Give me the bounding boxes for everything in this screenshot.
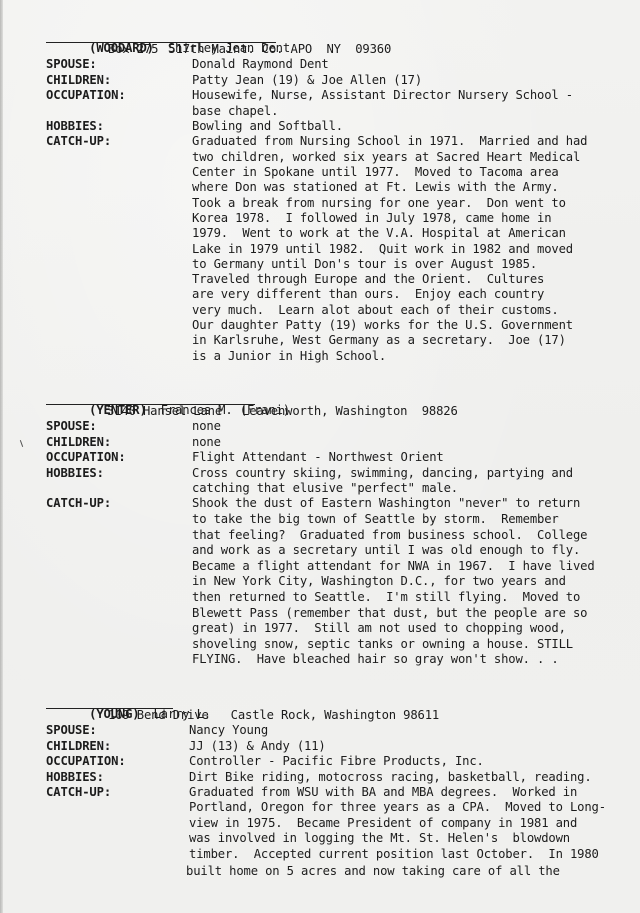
catchup-line: Center in Spokane until 1977. Moved to T…	[192, 165, 626, 180]
catchup-line: Our daughter Patty (19) works for the U.…	[192, 318, 626, 333]
occupation-line: Flight Attendant - Northwest Orient	[192, 450, 626, 465]
field-label-hobbies: HOBBIES:	[46, 770, 189, 785]
catchup-line: in Karlsruhe, West Germany as a secretar…	[192, 333, 626, 348]
field-occupation: OCCUPATION: Housewife, Nurse, Assistant …	[46, 88, 626, 119]
field-occupation: OCCUPATION: Controller - Pacific Fibre P…	[46, 754, 626, 769]
full-name: Frances M. (Frani)	[161, 403, 290, 418]
catchup-line: view in 1975. Became President of compan…	[189, 816, 626, 831]
field-label-hobbies: HOBBIES:	[46, 466, 192, 497]
scanned-page: (WOODARD)Shirley Jean Dent Box 275517th …	[0, 0, 640, 913]
catchup-line: FLYING. Have bleached hair so gray won't…	[192, 652, 626, 668]
catchup-line: Portland, Oregon for three years as a CP…	[189, 800, 626, 815]
catchup-line: Graduated from Nursing School in 1971. M…	[192, 134, 626, 149]
field-spouse: SPOUSE: none	[46, 419, 626, 434]
maiden-surname: (YENTER)	[89, 403, 147, 418]
catchup-line: where Don was stationed at Ft. Lewis wit…	[192, 180, 626, 195]
field-children: CHILDREN: JJ (13) & Andy (11)	[46, 739, 626, 754]
catchup-line: in New York City, Washington D.C., for t…	[192, 574, 626, 590]
catchup-line: then returned to Seattle. I'm still flyi…	[192, 590, 626, 606]
directory-entry-yenter: (YENTER)Frances M. (Frani) 3140 Hansel L…	[46, 388, 626, 668]
catchup-line: Traveled through Europe and the Orient. …	[192, 272, 626, 287]
field-hobbies: HOBBIES: Bowling and Softball.	[46, 119, 626, 134]
entry-header: (YOUNG)Larry L.	[46, 692, 626, 708]
catchup-line: Became a flight attendant for NWA in 196…	[192, 559, 626, 575]
header-underline	[46, 42, 276, 43]
field-children: CHILDREN: Patty Jean (19) & Joe Allen (1…	[46, 73, 626, 88]
catchup-line: and work as a secretary until I was old …	[192, 543, 626, 559]
header-underline	[46, 404, 255, 405]
header-underline	[46, 708, 173, 709]
field-spouse: SPOUSE: Donald Raymond Dent	[46, 57, 626, 72]
full-name: Shirley Jean Dent	[168, 41, 290, 56]
catchup-text: Shook the dust of Eastern Washington "ne…	[192, 496, 626, 668]
entry-header: (WOODARD)Shirley Jean Dent	[46, 26, 626, 42]
occupation-line: Housewife, Nurse, Assistant Director Nur…	[192, 88, 626, 103]
hobbies-line: Bowling and Softball.	[192, 119, 626, 134]
stray-pen-mark	[20, 440, 23, 447]
hobbies-line: catching that elusive "perfect" male.	[192, 481, 626, 496]
directory-entry-young: (YOUNG)Larry L. 109 Bend DriveCastle Roc…	[46, 692, 626, 879]
field-children: CHILDREN: none	[46, 435, 626, 450]
catchup-line: great) in 1977. Still am not used to cho…	[192, 621, 626, 637]
occupation-line: base chapel.	[192, 104, 626, 119]
catchup-line: Korea 1978. I followed in July 1978, cam…	[192, 211, 626, 226]
catchup-line: 1979. Went to work at the V.A. Hospital …	[192, 226, 626, 241]
field-hobbies: HOBBIES: Dirt Bike riding, motocross rac…	[46, 770, 626, 785]
maiden-surname: (YOUNG)	[89, 707, 139, 722]
spouse-value: Nancy Young	[189, 723, 626, 738]
field-occupation: OCCUPATION: Flight Attendant - Northwest…	[46, 450, 626, 465]
directory-entry-woodard: (WOODARD)Shirley Jean Dent Box 275517th …	[46, 26, 626, 364]
catchup-line: that feeling? Graduated from business sc…	[192, 528, 626, 544]
hobbies-line: Cross country skiing, swimming, dancing,…	[192, 466, 626, 481]
field-label-catchup: CATCH-UP:	[46, 785, 189, 879]
catchup-line: two children, worked six years at Sacred…	[192, 150, 626, 165]
catchup-line: Blewett Pass (remember that dust, but th…	[192, 606, 626, 622]
field-label-occupation: OCCUPATION:	[46, 754, 189, 769]
catchup-line: Shook the dust of Eastern Washington "ne…	[192, 496, 626, 512]
field-label-hobbies: HOBBIES:	[46, 119, 192, 134]
catchup-text: Graduated from WSU with BA and MBA degre…	[189, 785, 626, 879]
field-catchup: CATCH-UP: Graduated from Nursing School …	[46, 134, 626, 363]
catchup-line: shoveling snow, septic tanks or owning a…	[192, 637, 626, 653]
field-spouse: SPOUSE: Nancy Young	[46, 723, 626, 738]
full-name: Larry L.	[153, 707, 211, 722]
catchup-line: are very different than ours. Enjoy each…	[192, 287, 626, 302]
field-label-catchup: CATCH-UP:	[46, 134, 192, 363]
catchup-line: Lake in 1979 until 1982. Quit work in 19…	[192, 242, 626, 257]
catchup-line: timber. Accepted current position last O…	[189, 847, 626, 862]
page-edge-shadow	[0, 0, 3, 913]
field-hobbies: HOBBIES: Cross country skiing, swimming,…	[46, 466, 626, 497]
catchup-text: Graduated from Nursing School in 1971. M…	[192, 134, 626, 363]
spouse-value: none	[192, 419, 626, 434]
catchup-line: built home on 5 acres and now taking car…	[186, 864, 626, 879]
catchup-line: Graduated from WSU with BA and MBA degre…	[189, 785, 626, 800]
catchup-line: to take the big town of Seattle by storm…	[192, 512, 626, 528]
children-value: Patty Jean (19) & Joe Allen (17)	[192, 73, 626, 88]
catchup-line: to Germany until Don's tour is over Augu…	[192, 257, 626, 272]
field-catchup: CATCH-UP: Shook the dust of Eastern Wash…	[46, 496, 626, 668]
children-value: none	[192, 435, 626, 450]
catchup-line: was involved in logging the Mt. St. Hele…	[189, 831, 626, 846]
field-label-occupation: OCCUPATION:	[46, 450, 192, 465]
field-label-catchup: CATCH-UP:	[46, 496, 192, 668]
entry-header: (YENTER)Frances M. (Frani)	[46, 388, 626, 404]
field-label-occupation: OCCUPATION:	[46, 88, 192, 119]
catchup-line: is a Junior in High School.	[192, 349, 626, 364]
hobbies-line: Dirt Bike riding, motocross racing, bask…	[189, 770, 626, 785]
children-value: JJ (13) & Andy (11)	[189, 739, 626, 754]
catchup-line: very much. Learn alot about each of thei…	[192, 303, 626, 318]
maiden-surname: (WOODARD)	[89, 41, 154, 56]
catchup-line: Took a break from nursing for one year. …	[192, 196, 626, 211]
field-catchup: CATCH-UP: Graduated from WSU with BA and…	[46, 785, 626, 879]
address-line-2: Castle Rock, Washington 98611	[231, 708, 439, 722]
spouse-value: Donald Raymond Dent	[192, 57, 626, 72]
occupation-line: Controller - Pacific Fibre Products, Inc…	[189, 754, 626, 769]
